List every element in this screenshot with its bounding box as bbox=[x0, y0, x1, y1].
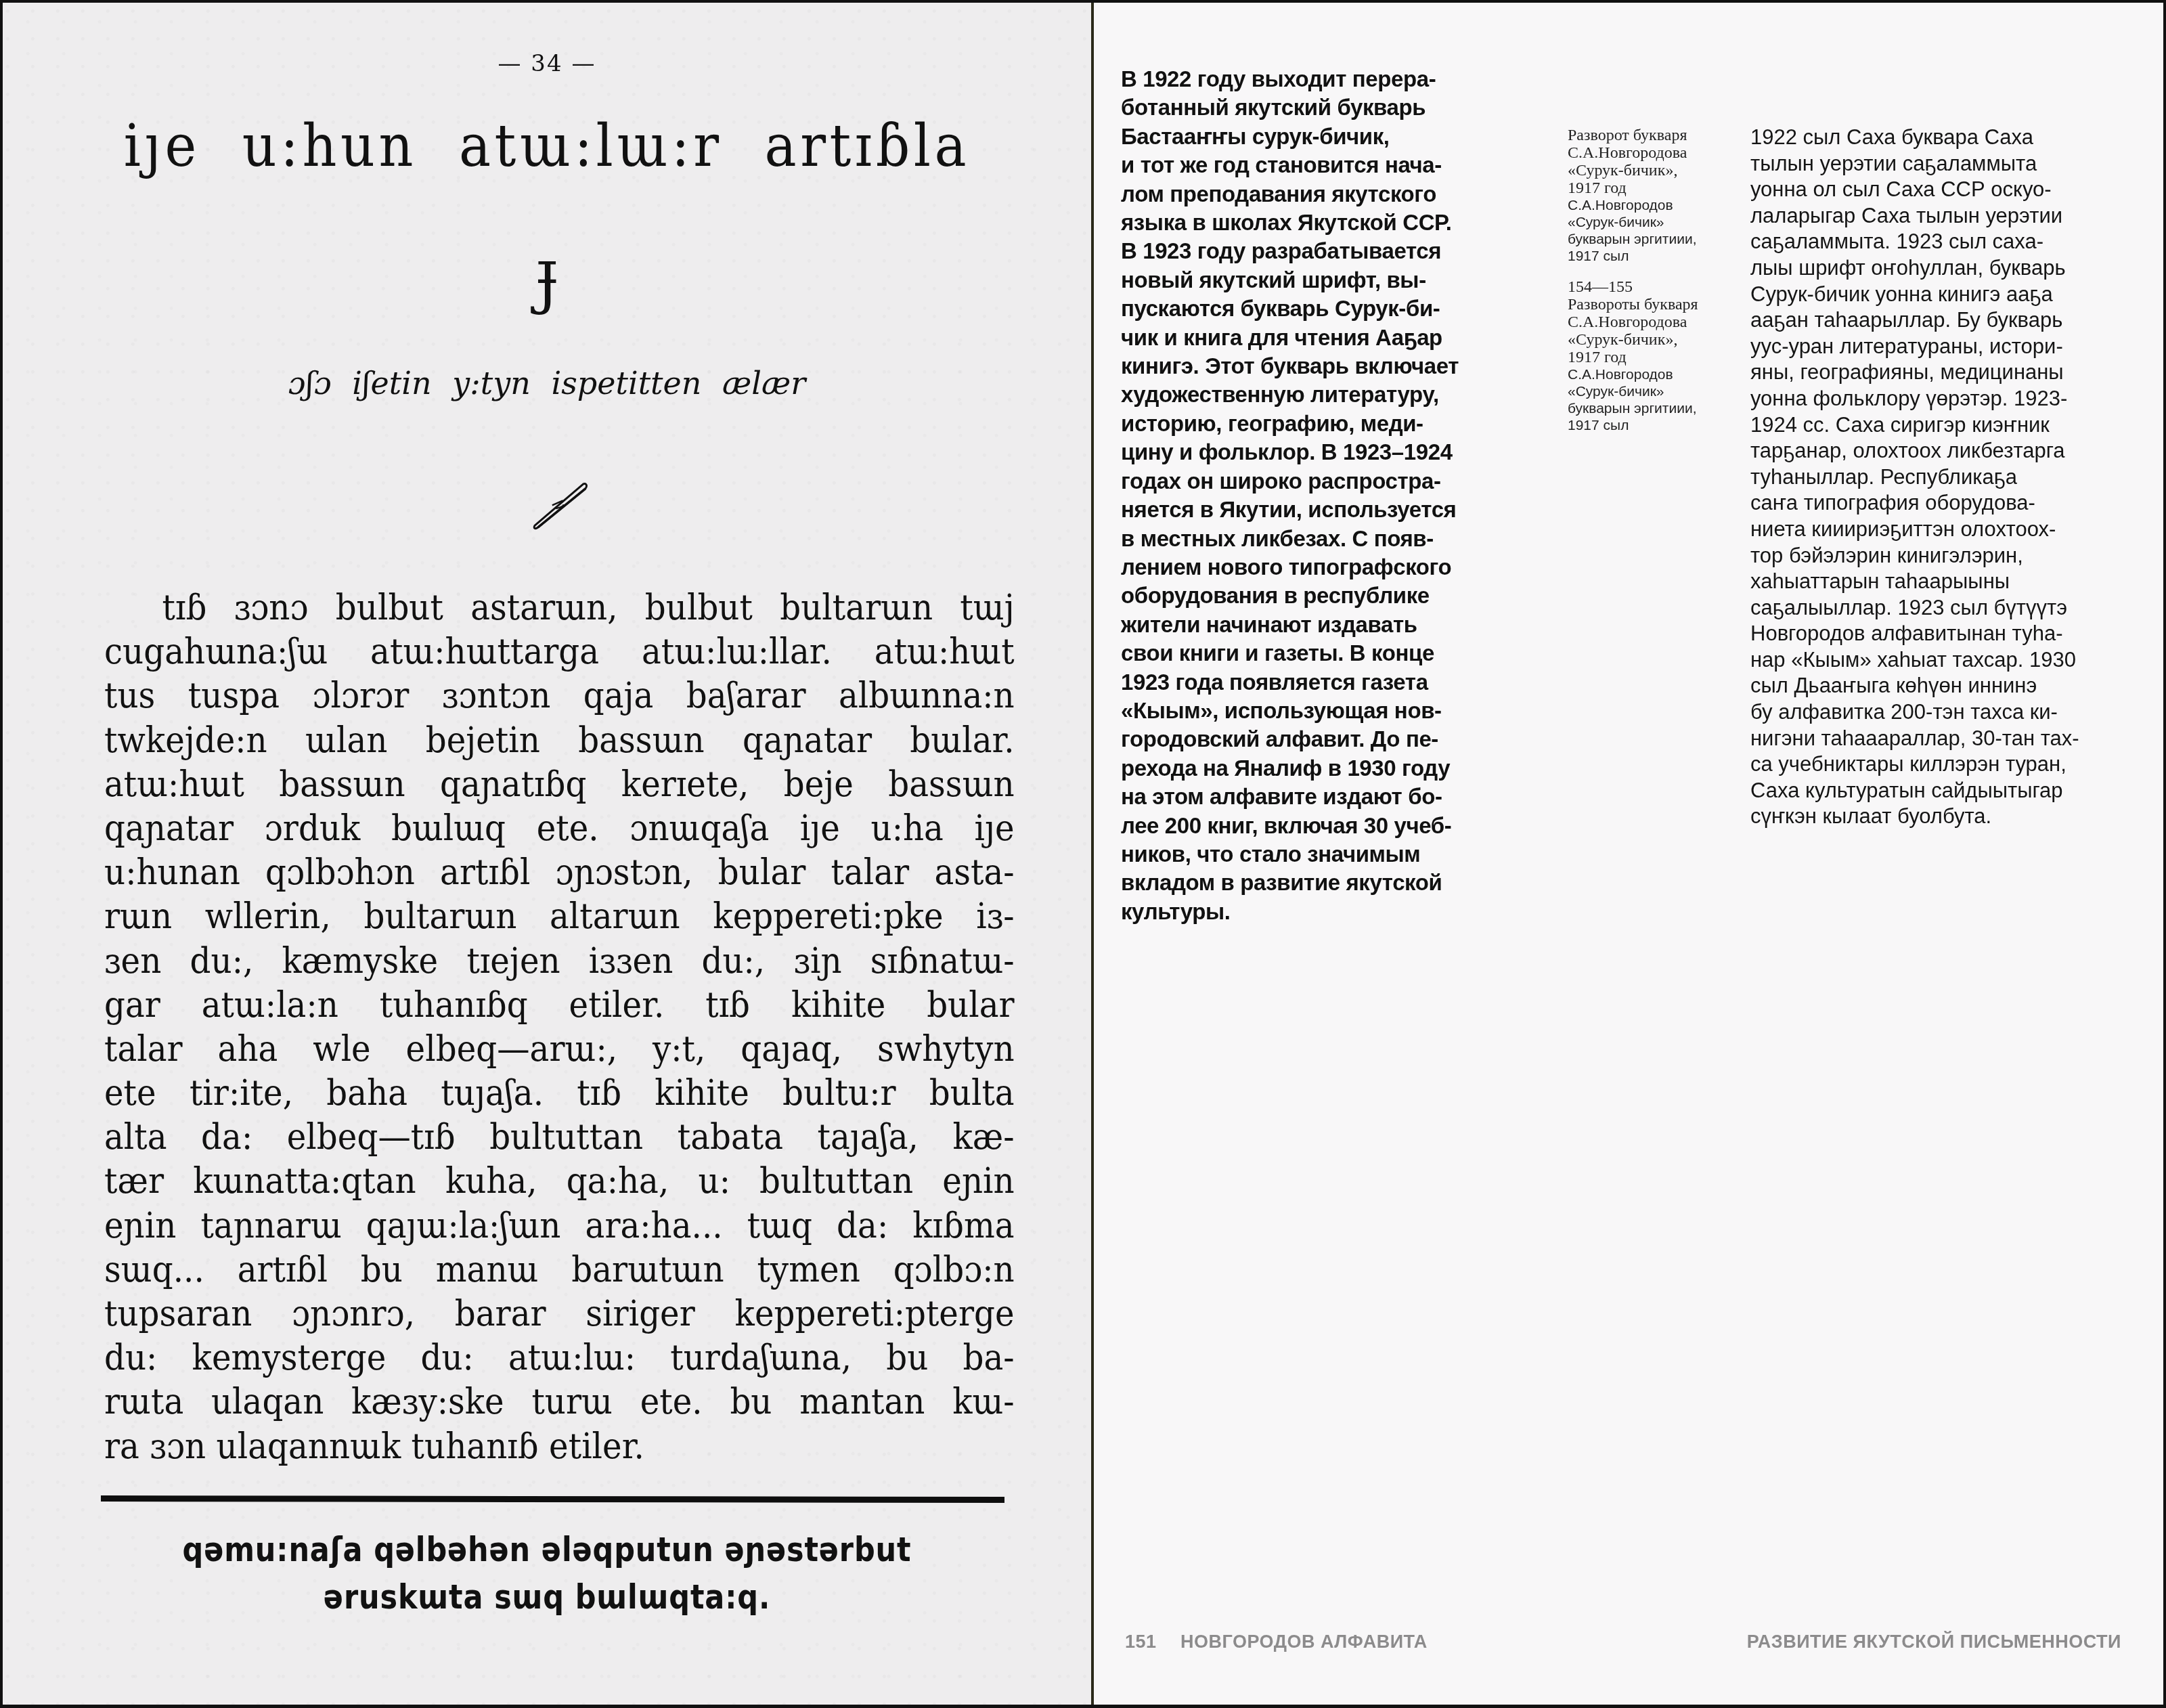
caption-sakha-line: 1917 сыл bbox=[1568, 417, 1744, 434]
text-line: Бастааҥҥы сурук-бичик, bbox=[1121, 123, 1527, 151]
primer-line: talar aha wle elbeq—arɯ:, y:t, qaȷaq, sw… bbox=[104, 1028, 1015, 1072]
text-line: кинигэ. Этот букварь включает bbox=[1121, 352, 1527, 380]
text-line: историю, географию, меди- bbox=[1121, 410, 1527, 438]
text-line: нигэни таһааараллар, 30-тан тах- bbox=[1750, 726, 2136, 752]
caption-sakha-line: 1917 сыл bbox=[1568, 248, 1744, 265]
text-line: саҥа типография оборудова- bbox=[1750, 490, 2136, 517]
text-line: тор бэйэлэрин кинигэлэрин, bbox=[1750, 543, 2136, 569]
primer-line: alta da: elbeq—tɪɓ bultuttan tabata taȷa… bbox=[104, 1116, 1015, 1160]
text-line: свои книги и газеты. В конце bbox=[1121, 639, 1527, 667]
text-line: сүҥкэн кылаат буолбута. bbox=[1750, 804, 2136, 830]
primer-line: eɲin taɲnarɯ qaȷɯ:la:ʃɯn ara:ha... tɯq d… bbox=[104, 1204, 1015, 1248]
caption-ru-line: 154—155 bbox=[1568, 278, 1744, 296]
text-line: в местных ликбезах. С появ- bbox=[1121, 525, 1527, 553]
primer-footer-text: qəmu:naʃa qəlbəhən ələqputun əɲəstərbut … bbox=[79, 1526, 1015, 1621]
footer-section-title: РАЗВИТИЕ ЯКУТСКОЙ ПИСЬМЕННОСТИ bbox=[1747, 1632, 2121, 1652]
text-line: ааҕан таһаарыллар. Бу букварь bbox=[1750, 307, 2136, 334]
text-line: Саха культуратын сайдыытыгар bbox=[1750, 778, 2136, 804]
primer-line: atɯ:hɯt bassɯn qaɲatɪɓq kerɪete, beje ba… bbox=[104, 763, 1015, 807]
text-line: уонна фольклору үөрэтэр. 1923- bbox=[1750, 386, 2136, 412]
text-line: 1923 года появляется газета bbox=[1121, 668, 1527, 697]
text-line: яны, географияны, медицинаны bbox=[1750, 359, 2136, 386]
text-line: на этом алфавите издают бо- bbox=[1121, 783, 1527, 811]
text-line: са учебниктары киллэрэн туран, bbox=[1750, 751, 2136, 778]
caption-ru-line: «Сурук-бичик», bbox=[1568, 331, 1744, 349]
text-line: саҕалыыллар. 1923 сыл бүтүүтэ bbox=[1750, 595, 2136, 621]
footer-page-number: 151 bbox=[1125, 1632, 1157, 1652]
text-line: сыл Дьааҥыга көһүөн иннинэ bbox=[1750, 673, 2136, 699]
text-line: В 1923 году разрабатывается bbox=[1121, 237, 1527, 265]
primer-subtitle: ɔʃɔ iʃetin y:tyn ispetitten ælær bbox=[3, 365, 1091, 401]
text-line: Сурук-бичик уонна кинигэ ааҕа bbox=[1750, 282, 2136, 308]
text-line: цину и фольклор. В 1923–1924 bbox=[1121, 438, 1527, 466]
caption: Разворот букваря С.А.Новгородова «Сурук-… bbox=[1568, 127, 1744, 265]
text-line: Новгородов алфавитынан туһа- bbox=[1750, 621, 2136, 647]
primer-line: ra ɜɔn ulaqannɯk tuhanɪɓ etiler. bbox=[104, 1425, 1015, 1469]
caption-ru-line: Разворот букваря bbox=[1568, 127, 1744, 144]
caption-sakha-line: С.А.Новгородов bbox=[1568, 366, 1744, 383]
text-line: ниета кииириэҕиттэн олохтоох- bbox=[1750, 517, 2136, 543]
text-line: оборудования в республике bbox=[1121, 582, 1527, 610]
caption-sakha-line: «Сурук-бичик» bbox=[1568, 214, 1744, 231]
caption-ru-line: С.А.Новгородова bbox=[1568, 313, 1744, 331]
text-line: саҕаламмыта. 1923 сыл саха- bbox=[1750, 229, 2136, 255]
primer-line: gar atɯ:la:n tuhanɪɓq etiler. tɪɓ kihite… bbox=[104, 984, 1015, 1028]
primer-divider-rule bbox=[101, 1495, 1004, 1503]
typeset-book-page: В 1922 году выходит перера- ботанный яку… bbox=[1094, 3, 2163, 1705]
text-line: уус-уран литератураны, истори- bbox=[1750, 334, 2136, 360]
text-line: 1924 сс. Саха сиригэр киэҥник bbox=[1750, 412, 2136, 439]
primer-line: cugahɯna:ʃɯ atɯ:hɯttarga atɯ:lɯ:llar. at… bbox=[104, 630, 1015, 674]
text-line: пускаются букварь Сурук-би- bbox=[1121, 294, 1527, 323]
footer-chapter-title: НОВГОРОДОВ АЛФАВИТА bbox=[1180, 1632, 1428, 1652]
primer-line: rɯn wllerin, bultarɯn altarɯn keppereti:… bbox=[104, 895, 1015, 939]
text-line: годах он широко распростра- bbox=[1121, 467, 1527, 496]
caption-sakha-line: букварын эргитиии, bbox=[1568, 400, 1744, 417]
text-line: хаһыаттарын таһаарыыны bbox=[1750, 569, 2136, 595]
calligraphic-letter-icon bbox=[510, 464, 605, 552]
text-line: художественную литературу, bbox=[1121, 380, 1527, 409]
text-line: 1922 сыл Саха букварa Саха bbox=[1750, 125, 2136, 151]
text-line: бу алфавитка 200-тэн тахса ки- bbox=[1750, 699, 2136, 726]
text-line: лее 200 книг, включая 30 учеб- bbox=[1121, 812, 1527, 840]
text-line: В 1922 году выходит перера- bbox=[1121, 65, 1527, 93]
text-line: и тот же год становится нача- bbox=[1121, 151, 1527, 179]
image-captions: Разворот букваря С.А.Новгородова «Сурук-… bbox=[1568, 127, 1744, 447]
text-line: лаларыгар Саха тылын уерэтии bbox=[1750, 203, 2136, 229]
text-line: вкладом в развитие якутской bbox=[1121, 869, 1527, 897]
caption-ru-line: «Сурук-бичик», bbox=[1568, 162, 1744, 179]
text-line: чик и книга для чтения Ааҕар bbox=[1121, 324, 1527, 352]
primer-body-text: tɪɓ ɜɔnɔ bulbut astarɯn, bulbut bultarɯn… bbox=[104, 586, 1015, 1469]
text-line: языка в школах Якутской ССР. bbox=[1121, 209, 1527, 237]
caption-ru-line: Развороты букваря bbox=[1568, 296, 1744, 313]
sakha-text-column: 1922 сыл Саха букварa Саха тылын уерэтии… bbox=[1750, 125, 2136, 830]
primer-line: sɯq... artɪɓl bu manɯ barɯtɯn tymen qɔlb… bbox=[104, 1248, 1015, 1292]
text-line: «Кыым», использующая нов- bbox=[1121, 697, 1527, 725]
text-line: лыы шрифт оҥоһуллан, букварь bbox=[1750, 255, 2136, 282]
primer-title: iȷe u:hun atɯ:lɯ:r artɪɓla bbox=[46, 112, 1047, 180]
text-line: ников, что стало значимым bbox=[1121, 840, 1527, 869]
text-line: тылын уерэтии саҕаламмыта bbox=[1750, 151, 2136, 177]
primer-line: twkejde:n ɯlan bejetin bassɯn qaɲatar bɯ… bbox=[104, 719, 1015, 763]
book-spread: — 34 — iȷe u:hun atɯ:lɯ:r artɪɓla Ɉ ɔʃɔ … bbox=[3, 3, 2163, 1705]
primer-line: rɯta ulaqan kæɜy:ske turɯ ete. bu mantan… bbox=[104, 1380, 1015, 1424]
caption-ru-line: С.А.Новгородова bbox=[1568, 144, 1744, 162]
russian-text-column: В 1922 году выходит перера- ботанный яку… bbox=[1121, 65, 1527, 926]
text-line: нар «Кыым» хаһыат тахсар. 1930 bbox=[1750, 647, 2136, 674]
primer-line: tær kɯnatta:qtan kuha, qa:ha, u: bultutt… bbox=[104, 1160, 1015, 1204]
text-line: рехода на Яналиф в 1930 году bbox=[1121, 754, 1527, 783]
text-line: туһаныллар. Республикаҕа bbox=[1750, 464, 2136, 491]
primer-line: ete tir:ite, baha tuȷaʃa. tɪɓ kihite bul… bbox=[104, 1072, 1015, 1116]
primer-letter-heading: Ɉ bbox=[3, 250, 1091, 316]
caption-sakha-line: букварын эргитиии, bbox=[1568, 231, 1744, 248]
caption: 154—155 Развороты букваря С.А.Новгородов… bbox=[1568, 278, 1744, 434]
text-line: лом преподавания якутского bbox=[1121, 180, 1527, 209]
caption-sakha-line: «Сурук-бичик» bbox=[1568, 383, 1744, 400]
primer-line: ɜen du:, kæmyske tɪejen iɜɜen du:, ɜiɲ s… bbox=[104, 940, 1015, 984]
text-line: няется в Якутии, используется bbox=[1121, 496, 1527, 524]
text-line: жители начинают издавать bbox=[1121, 611, 1527, 639]
caption-ru-line: 1917 год bbox=[1568, 179, 1744, 197]
scanned-primer-page: — 34 — iȷe u:hun atɯ:lɯ:r artɪɓla Ɉ ɔʃɔ … bbox=[3, 3, 1094, 1705]
primer-line: tupsaran ɔɲɔnrɔ, barar siriger keppereti… bbox=[104, 1292, 1015, 1336]
primer-line: u:hunan qɔlbɔhɔn artɪɓl ɔɲɔstɔn, bular t… bbox=[104, 851, 1015, 895]
running-footer: 151 НОВГОРОДОВ АЛФАВИТА РАЗВИТИЕ ЯКУТСКО… bbox=[1094, 1632, 2163, 1659]
primer-line: tus tuspa ɔlɔrɔr ɜɔntɔn qaja baʃarar alb… bbox=[104, 674, 1015, 718]
primer-footer-line: qəmu:naʃa qəlbəhən ələqputun əɲəstərbut bbox=[79, 1526, 1015, 1573]
primer-page-number: — 34 — bbox=[3, 50, 1091, 77]
caption-sakha-line: С.А.Новгородов bbox=[1568, 197, 1744, 214]
caption-ru-line: 1917 год bbox=[1568, 349, 1744, 366]
primer-line: du: kemysterge du: atɯ:lɯ: turdaʃɯna, bu… bbox=[104, 1336, 1015, 1380]
text-line: уонна ол сыл Саха ССР оскуо- bbox=[1750, 177, 2136, 203]
text-line: лением нового типографского bbox=[1121, 553, 1527, 582]
primer-footer-line: əruskɯta sɯq bɯlɯqta:q. bbox=[79, 1573, 1015, 1621]
primer-line: tɪɓ ɜɔnɔ bulbut astarɯn, bulbut bultarɯn… bbox=[104, 586, 1015, 630]
text-line: ботанный якутский букварь bbox=[1121, 93, 1527, 122]
text-line: тарҕанар, олохтоох ликбезтарга bbox=[1750, 438, 2136, 464]
primer-line: qaɲatar ɔrduk bɯlɯq ete. ɔnɯqaʃa iȷe u:h… bbox=[104, 807, 1015, 851]
text-line: культуры. bbox=[1121, 898, 1527, 926]
text-line: городовский алфавит. До пе- bbox=[1121, 725, 1527, 753]
text-line: новый якутский шрифт, вы- bbox=[1121, 266, 1527, 294]
